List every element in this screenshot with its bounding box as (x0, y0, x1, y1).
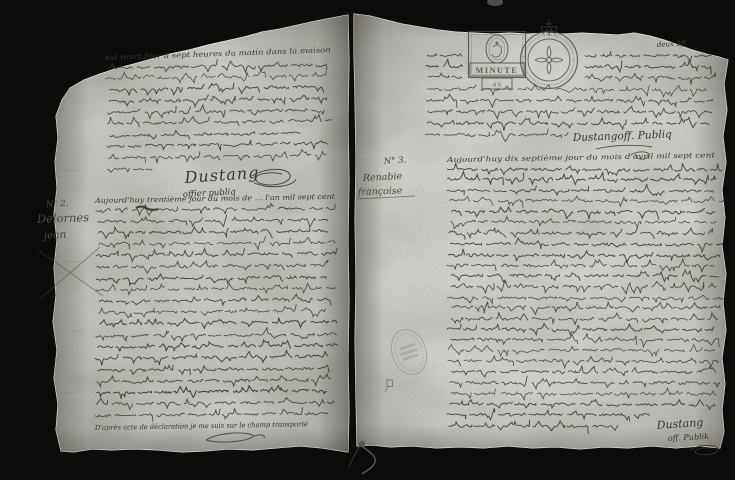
minute-stamp-value: 4 S (493, 82, 502, 89)
right-margin-name-line1: Renabie (362, 171, 403, 184)
cameo-figure-head (495, 41, 498, 44)
right-page-gutter-shadow (353, 8, 383, 452)
right-margin-entry-number: N° 3. (383, 155, 407, 167)
left-margin-name-line1: Delornes (36, 210, 90, 226)
left-margin-entry-number: N° 2. (45, 199, 69, 210)
minute-stamp-label: MINUTE (476, 66, 519, 75)
right-corner-note: deux 2ff (657, 39, 687, 49)
manuscript-scan: est mort hier à sept heures du matin dan… (0, 0, 735, 480)
left-margin-name-line2: jean (42, 229, 67, 242)
right-margin-name-line2: françoise (357, 185, 403, 198)
left-page-gutter-shadow (318, 10, 350, 456)
